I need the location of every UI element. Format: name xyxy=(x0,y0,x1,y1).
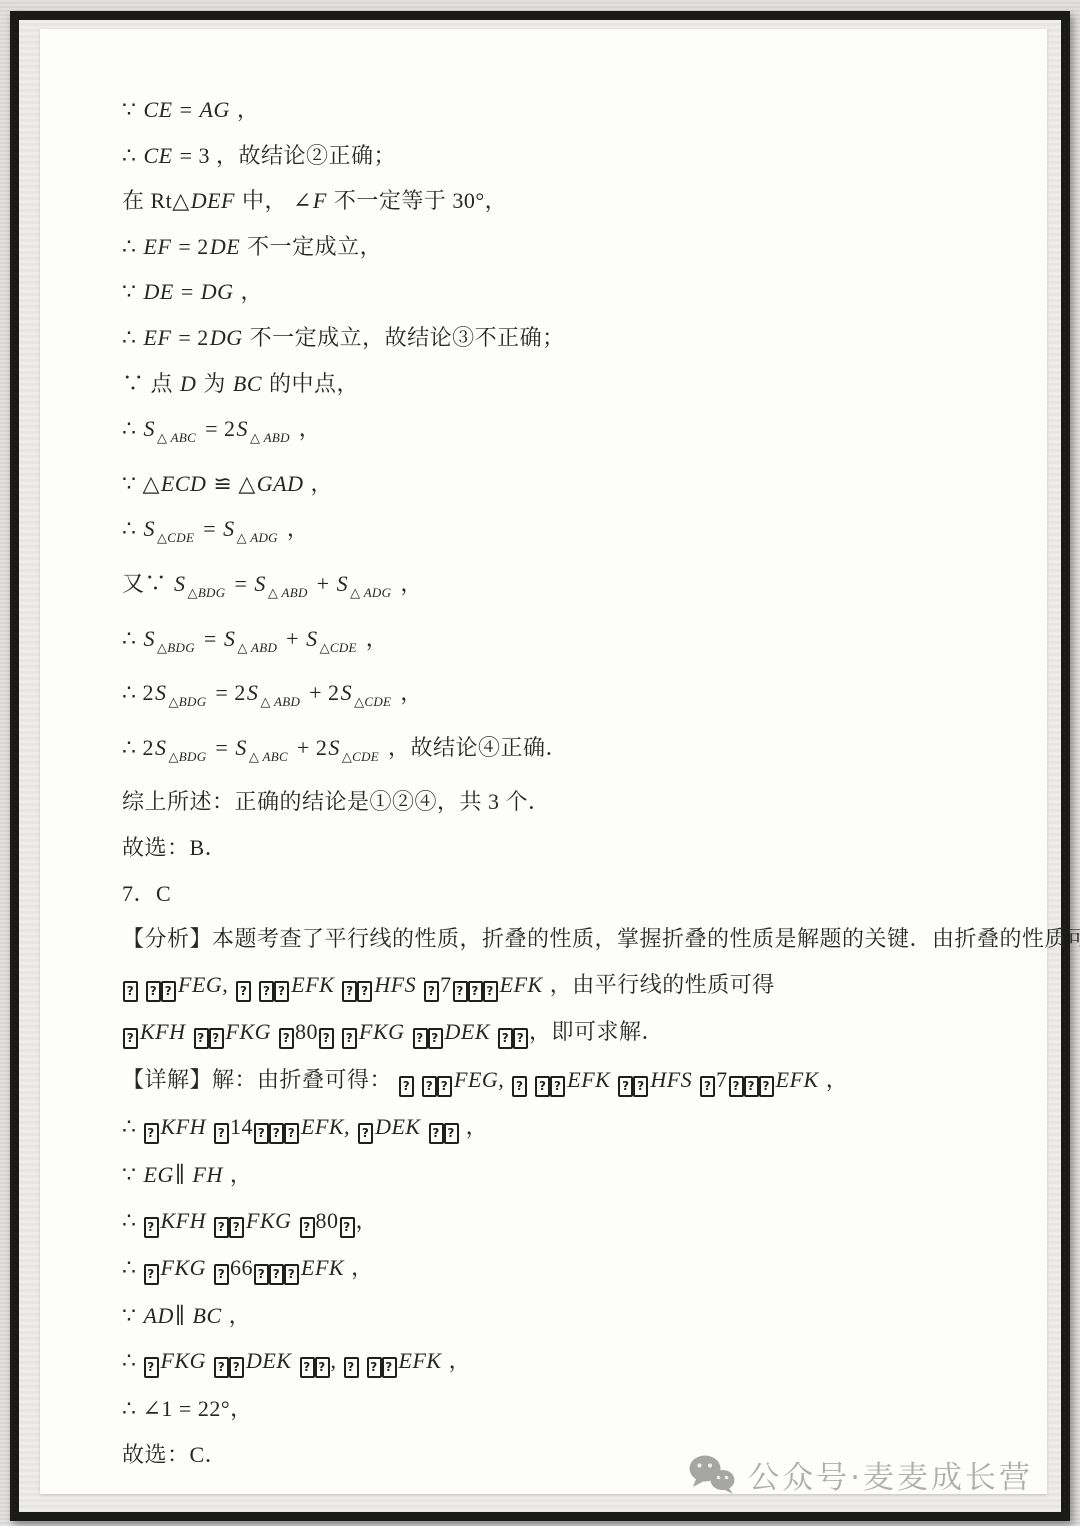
missing-glyph-box: ? xyxy=(300,1357,315,1378)
math-italic: DEK xyxy=(245,1348,293,1373)
math-subscript: △BDG xyxy=(188,585,226,600)
missing-glyph-box: ? xyxy=(357,981,372,1002)
text-run xyxy=(207,1208,213,1233)
math-subscript: △BDG xyxy=(169,749,207,764)
watermark-text: 公众号·麦麦成长营 xyxy=(748,1452,1033,1497)
text-run: ∴ 2 xyxy=(122,680,154,705)
text-run xyxy=(693,1067,699,1092)
text-line: ∴ 2S△BDG = 2S△ ABD + 2S△CDE ， xyxy=(122,678,1021,717)
missing-glyph-box: ? xyxy=(123,981,138,1002)
missing-glyph-box: ? xyxy=(319,1028,334,1049)
missing-glyph-box: ? xyxy=(144,1123,159,1144)
text-run: 又∵ xyxy=(122,571,173,596)
text-run: 7 xyxy=(716,1067,728,1092)
text-run: 80 xyxy=(316,1208,339,1233)
math-italic: S xyxy=(173,571,187,596)
wechat-icon xyxy=(688,1454,736,1494)
math-italic: KFH xyxy=(160,1208,208,1233)
missing-glyph-box: ? xyxy=(300,1217,315,1238)
math-italic: FKG xyxy=(358,1019,406,1044)
math-italic: S xyxy=(305,626,319,651)
text-run: ∴ xyxy=(122,1114,143,1139)
text-run: ， xyxy=(235,279,264,304)
math-italic: F xyxy=(312,188,328,213)
text-run: = xyxy=(228,571,253,596)
text-line: ∵ EG∥ FH ， xyxy=(122,1160,1021,1190)
math-italic: S xyxy=(327,735,341,760)
math-italic: EFK xyxy=(499,972,544,997)
text-run: ∵ 点 xyxy=(122,371,179,396)
missing-glyph-box: ? xyxy=(429,1123,444,1144)
missing-glyph-box: ? xyxy=(483,981,498,1002)
math-italic: S xyxy=(143,626,157,651)
missing-glyph-box: ? xyxy=(424,981,439,1002)
text-run: ，故结论④正确． xyxy=(382,735,568,760)
missing-glyph-box: ? xyxy=(744,1076,759,1097)
text-run: = xyxy=(175,279,200,304)
screenshot-root: { "page": { "frame_color": "#1a1a19", "p… xyxy=(0,0,1080,1526)
math-italic: FKG xyxy=(160,1255,208,1280)
text-run: = 2 xyxy=(172,325,208,350)
text-run: ， xyxy=(231,97,260,122)
missing-glyph-box: ? xyxy=(214,1123,229,1144)
text-run: ，即可求解． xyxy=(529,1019,664,1044)
missing-glyph-box: ? xyxy=(194,1028,209,1049)
text-run: ∵ xyxy=(122,1303,143,1328)
text-run: 中， ∠ xyxy=(236,188,312,213)
missing-glyph-box: ? xyxy=(413,1028,428,1049)
missing-glyph-box: ? xyxy=(468,981,483,1002)
text-run xyxy=(272,1019,278,1044)
text-line: ∴ ?FKG ?66???EFK ， xyxy=(122,1253,1021,1285)
text-run: ∵ △ xyxy=(122,471,160,496)
text-run xyxy=(207,1114,213,1139)
math-subscript: △CDE xyxy=(157,530,194,545)
missing-glyph-box: ? xyxy=(340,1217,355,1238)
text-run xyxy=(505,1067,511,1092)
missing-glyph-box: ? xyxy=(428,1028,443,1049)
math-subscript: △ ABD xyxy=(268,585,308,600)
text-line: 【详解】解：由折叠可得： ? ??FEG, ? ??EFK ??HFS ?7??… xyxy=(122,1065,1021,1097)
missing-glyph-box: ? xyxy=(254,1264,269,1285)
missing-glyph-box: ? xyxy=(229,1357,244,1378)
text-run xyxy=(611,1067,617,1092)
math-italic: BC xyxy=(192,1303,223,1328)
math-italic: FEG, xyxy=(453,1067,505,1092)
text-run: = 3 ，故结论②正确； xyxy=(174,143,396,168)
missing-glyph-box: ? xyxy=(358,1123,373,1144)
text-line: 7．C xyxy=(122,879,1021,909)
math-italic: S xyxy=(154,680,168,705)
text-run xyxy=(187,1019,193,1044)
text-run: + xyxy=(311,571,336,596)
text-run xyxy=(422,1114,428,1139)
text-run: 故选：C． xyxy=(122,1442,227,1467)
math-subscript: △ ABD xyxy=(260,694,300,709)
text-line: ∴ EF = 2DG 不一定成立，故结论③不正确； xyxy=(122,323,1021,353)
text-run xyxy=(207,1255,213,1280)
missing-glyph-box: ? xyxy=(342,1028,357,1049)
math-italic: DE xyxy=(143,279,175,304)
math-subscript: △ ABD xyxy=(237,640,277,655)
text-run xyxy=(415,1067,421,1092)
text-run: ， xyxy=(224,1162,253,1187)
math-italic: AD xyxy=(143,1303,175,1328)
missing-glyph-box: ? xyxy=(144,1264,159,1285)
text-run: ∴ xyxy=(122,234,143,259)
missing-glyph-box: ? xyxy=(284,1264,299,1285)
text-run xyxy=(293,1208,299,1233)
text-run: ∵ xyxy=(122,97,143,122)
math-subscript: △CDE xyxy=(354,694,391,709)
text-line: ∵ AD∥ BC ， xyxy=(122,1301,1021,1331)
text-line: ∴ S△ ABC = 2S△ ABD ， xyxy=(122,414,1021,453)
math-italic: FKG xyxy=(245,1208,293,1233)
text-run: ， xyxy=(443,1348,472,1373)
text-line: 又∵ S△BDG = S△ ABD + S△ ADG ， xyxy=(122,569,1021,608)
math-italic: S xyxy=(246,680,260,705)
text-run: 7．C xyxy=(122,881,171,906)
text-run: ，由平行线的性质可得 xyxy=(544,972,775,997)
math-italic: DG xyxy=(200,279,235,304)
text-run: ， xyxy=(356,1208,379,1233)
missing-glyph-box: ? xyxy=(144,1357,159,1378)
missing-glyph-box: ? xyxy=(254,1123,269,1144)
missing-glyph-box: ? xyxy=(146,981,161,1002)
text-run: ∴ xyxy=(122,1255,143,1280)
text-line: ∴ EF = 2DE 不一定成立， xyxy=(122,232,1021,262)
missing-glyph-box: ? xyxy=(700,1076,715,1097)
missing-glyph-box: ? xyxy=(437,1076,452,1097)
missing-glyph-box: ? xyxy=(344,1357,359,1378)
text-run xyxy=(491,1019,497,1044)
missing-glyph-box: ? xyxy=(214,1264,229,1285)
missing-glyph-box: ? xyxy=(144,1217,159,1238)
missing-glyph-box: ? xyxy=(269,1123,284,1144)
text-run: 为 xyxy=(197,371,232,396)
text-run: ∴ xyxy=(122,1208,143,1233)
text-run: ， xyxy=(281,516,310,541)
text-run: ∥ xyxy=(175,1303,192,1328)
text-line: ? ??FEG, ? ??EFK ??HFS ?7???EFK ，由平行线的性质… xyxy=(122,970,1021,1002)
math-italic: DEF xyxy=(190,188,236,213)
text-line: ?KFH ??FKG ?80? ?FKG ??DEK ??，即可求解． xyxy=(122,1017,1021,1049)
math-italic: S xyxy=(340,680,354,705)
text-line: 故选：B． xyxy=(122,833,1021,863)
text-run: ， xyxy=(394,680,423,705)
math-italic: AG xyxy=(199,97,231,122)
missing-glyph-box: ? xyxy=(453,981,468,1002)
math-italic: EF xyxy=(143,325,173,350)
text-run: ∴ xyxy=(122,416,143,441)
text-run: 不一定成立， xyxy=(241,234,382,259)
math-italic: S xyxy=(336,571,350,596)
text-run: ∴ xyxy=(122,143,143,168)
math-italic: GAD xyxy=(256,471,305,496)
text-run: = xyxy=(209,735,234,760)
missing-glyph-box: ? xyxy=(498,1028,513,1049)
missing-glyph-box: ? xyxy=(422,1076,437,1097)
math-italic: S xyxy=(143,416,157,441)
text-run: ， xyxy=(345,1255,374,1280)
text-run: ∵ xyxy=(122,1162,143,1187)
missing-glyph-box: ? xyxy=(123,1028,138,1049)
math-italic: S xyxy=(236,416,250,441)
missing-glyph-box: ? xyxy=(229,1217,244,1238)
text-run: 不一定等于 30°， xyxy=(328,188,507,213)
math-italic: EFK xyxy=(300,1255,345,1280)
math-italic: FKG xyxy=(160,1348,208,1373)
missing-glyph-box: ? xyxy=(512,1076,527,1097)
text-run: ， xyxy=(460,1114,489,1139)
math-italic: BC xyxy=(232,371,263,396)
text-run: = xyxy=(174,97,199,122)
text-run: = xyxy=(197,516,222,541)
text-run: ∴ xyxy=(122,626,143,651)
missing-glyph-box: ? xyxy=(161,981,176,1002)
text-run: ≌ △ xyxy=(207,471,255,496)
text-run: ∴ xyxy=(122,1348,143,1373)
text-run xyxy=(207,1348,213,1373)
missing-glyph-box: ? xyxy=(284,1123,299,1144)
math-italic: FEG, xyxy=(177,972,229,997)
text-run: 80 xyxy=(295,1019,318,1044)
missing-glyph-box: ? xyxy=(444,1123,459,1144)
text-run: + 2 xyxy=(291,735,327,760)
text-run: ∴ 2 xyxy=(122,735,154,760)
text-run xyxy=(406,1019,412,1044)
text-run: = xyxy=(198,626,223,651)
math-italic: KFH xyxy=(139,1019,187,1044)
text-run xyxy=(360,1348,366,1373)
math-subscript: △BDG xyxy=(157,640,195,655)
text-run xyxy=(528,1067,534,1092)
text-run: ， xyxy=(394,571,423,596)
text-run xyxy=(335,972,341,997)
math-subscript: △ ADG xyxy=(237,530,278,545)
text-run: 14 xyxy=(230,1114,253,1139)
text-line: ∴ ?FKG ??DEK ??, ? ??EFK ， xyxy=(122,1346,1021,1378)
watermark: 公众号·麦麦成长营 xyxy=(688,1452,1033,1496)
math-italic: CE xyxy=(143,143,174,168)
math-subscript: △CDE xyxy=(342,749,379,764)
text-line: ∵ DE = DG ， xyxy=(122,277,1021,307)
math-italic: EFK xyxy=(775,1067,820,1092)
missing-glyph-box: ? xyxy=(315,1357,330,1378)
missing-glyph-box: ? xyxy=(399,1076,414,1097)
math-italic: FKG xyxy=(225,1019,273,1044)
math-subscript: △ ABC xyxy=(157,430,196,445)
text-run xyxy=(351,1114,357,1139)
missing-glyph-box: ? xyxy=(618,1076,633,1097)
math-italic: S xyxy=(253,571,267,596)
text-line: ∴ CE = 3 ，故结论②正确； xyxy=(122,141,1021,171)
math-italic: EF xyxy=(143,234,173,259)
missing-glyph-box: ? xyxy=(214,1357,229,1378)
math-italic: EFK xyxy=(290,972,335,997)
text-run: + 2 xyxy=(303,680,339,705)
text-run: 的中点， xyxy=(263,371,359,396)
text-run: 综上所述：正确的结论是①②④，共 3 个． xyxy=(122,789,551,814)
math-italic: HFS xyxy=(649,1067,693,1092)
math-italic: EG xyxy=(143,1162,175,1187)
text-line: 在 Rt△DEF 中， ∠F 不一定等于 30°， xyxy=(122,186,1021,216)
text-run xyxy=(293,1348,299,1373)
math-italic: EFK xyxy=(398,1348,443,1373)
missing-glyph-box: ? xyxy=(513,1028,528,1049)
text-run: 66 xyxy=(230,1255,253,1280)
text-run: 【详解】解：由折叠可得： xyxy=(122,1067,398,1092)
missing-glyph-box: ? xyxy=(367,1357,382,1378)
text-line: ∴ 2S△BDG = S△ ABC + 2S△CDE ，故结论④正确． xyxy=(122,733,1021,772)
text-run: + xyxy=(280,626,305,651)
text-run: ， xyxy=(293,416,322,441)
text-line: 综上所述：正确的结论是①②④，共 3 个． xyxy=(122,787,1021,817)
missing-glyph-box: ? xyxy=(274,981,289,1002)
text-line: ∴ ?KFH ??FKG ?80?， xyxy=(122,1206,1021,1238)
text-run: ， xyxy=(360,626,389,651)
missing-glyph-box: ? xyxy=(633,1076,648,1097)
missing-glyph-box: ? xyxy=(214,1217,229,1238)
math-italic: EFK, xyxy=(300,1114,351,1139)
text-run: ， xyxy=(820,1067,849,1092)
math-italic: DEK xyxy=(374,1114,422,1139)
math-subscript: △CDE xyxy=(320,640,357,655)
math-italic: DE xyxy=(209,234,241,259)
text-line: ∵ △ECD ≌ △GAD ， xyxy=(122,469,1021,499)
missing-glyph-box: ? xyxy=(259,981,274,1002)
math-italic: DG xyxy=(209,325,244,350)
text-run: = 2 xyxy=(209,680,245,705)
missing-glyph-box: ? xyxy=(535,1076,550,1097)
missing-glyph-box: ? xyxy=(269,1264,284,1285)
missing-glyph-box: ? xyxy=(279,1028,294,1049)
document-page: ∵ CE = AG ，∴ CE = 3 ，故结论②正确；在 Rt△DEF 中， … xyxy=(40,29,1047,1494)
math-subscript: △ ABD xyxy=(250,430,290,445)
text-line: 【分析】本题考查了平行线的性质，折叠的性质，掌握折叠的性质是解题的关键．由折叠的… xyxy=(122,924,1021,954)
missing-glyph-box: ? xyxy=(209,1028,224,1049)
text-run: , xyxy=(331,1348,343,1373)
text-line: ∴ S△BDG = S△ ABD + S△CDE ， xyxy=(122,624,1021,663)
math-italic: HFS xyxy=(373,972,417,997)
text-run: 在 Rt△ xyxy=(122,188,190,213)
math-italic: ECD xyxy=(160,471,208,496)
text-line: ∴ ∠1 = 22°， xyxy=(122,1394,1021,1424)
text-run xyxy=(335,1019,341,1044)
document-content: ∵ CE = AG ，∴ CE = 3 ，故结论②正确；在 Rt△DEF 中， … xyxy=(122,95,1021,1485)
math-italic: KFH xyxy=(160,1114,208,1139)
text-run: ， xyxy=(305,471,334,496)
math-subscript: △BDG xyxy=(169,694,207,709)
text-run: 故选：B． xyxy=(122,835,227,860)
text-run: 【分析】本题考查了平行线的性质，折叠的性质，掌握折叠的性质是解题的关键．由折叠的… xyxy=(122,926,1080,951)
text-line: ∴ ?KFH ?14???EFK, ?DEK ?? ， xyxy=(122,1112,1021,1144)
math-italic: S xyxy=(154,735,168,760)
text-run xyxy=(417,972,423,997)
text-run xyxy=(139,972,145,997)
math-italic: S xyxy=(143,516,157,541)
text-run xyxy=(229,972,235,997)
text-run: 不一定成立，故结论③不正确； xyxy=(244,325,565,350)
missing-glyph-box: ? xyxy=(342,981,357,1002)
text-run xyxy=(252,972,258,997)
text-line: ∵ CE = AG ， xyxy=(122,95,1021,125)
text-run: ∵ xyxy=(122,279,143,304)
text-run: ， xyxy=(223,1303,252,1328)
text-run: = 2 xyxy=(172,234,208,259)
text-line: ∵ 点 D 为 BC 的中点， xyxy=(122,369,1021,399)
math-italic: S xyxy=(222,516,236,541)
missing-glyph-box: ? xyxy=(759,1076,774,1097)
text-run: = 2 xyxy=(199,416,235,441)
text-run: 7 xyxy=(440,972,452,997)
missing-glyph-box: ? xyxy=(382,1357,397,1378)
missing-glyph-box: ? xyxy=(729,1076,744,1097)
page-frame: ∵ CE = AG ，∴ CE = 3 ，故结论②正确；在 Rt△DEF 中， … xyxy=(10,11,1070,1521)
text-run: ∴ xyxy=(122,516,143,541)
missing-glyph-box: ? xyxy=(236,981,251,1002)
math-italic: DEK xyxy=(444,1019,492,1044)
math-italic: S xyxy=(223,626,237,651)
text-line: ∴ S△CDE = S△ ADG ， xyxy=(122,514,1021,553)
math-italic: CE xyxy=(143,97,174,122)
math-subscript: △ ABC xyxy=(249,749,288,764)
missing-glyph-box: ? xyxy=(550,1076,565,1097)
math-italic: EFK xyxy=(566,1067,611,1092)
text-run: ∥ xyxy=(175,1162,192,1187)
math-italic: D xyxy=(179,371,197,396)
math-subscript: △ ADG xyxy=(350,585,391,600)
text-run: ∴ xyxy=(122,325,143,350)
math-italic: S xyxy=(234,735,248,760)
math-italic: FH xyxy=(192,1162,224,1187)
text-run: ∴ ∠1 = 22°， xyxy=(122,1396,253,1421)
